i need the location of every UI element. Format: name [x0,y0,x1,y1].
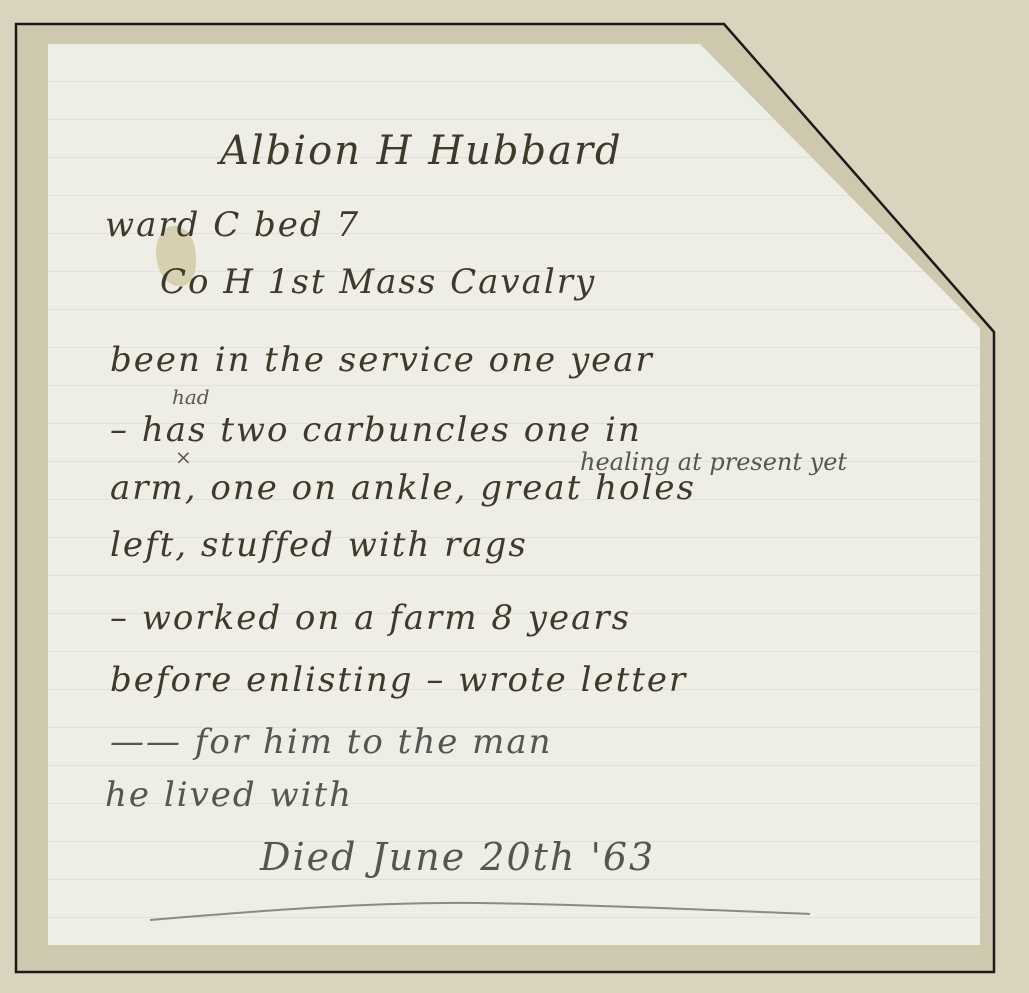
ankle-line: arm, one on ankle, great holes [110,468,696,508]
letter-line: —— for him to the man [110,722,553,762]
death-date-line: Died June 20th '63 [260,835,655,879]
service-line: been in the service one year [110,340,654,380]
ward-bed-line: ward C bed 7 [105,205,360,245]
patient-name: Albion H Hubbard [220,128,623,174]
pencil-underline [150,900,810,924]
carbuncles-line: – has two carbuncles one in [110,410,642,450]
farm-line: – worked on a farm 8 years [110,598,631,638]
enlisting-line: before enlisting – wrote letter [110,660,687,700]
insertion-had: had [172,385,210,409]
regiment-line: Co H 1st Mass Cavalry [160,262,596,302]
insertion-mark: × [175,445,192,469]
rags-line: left, stuffed with rags [110,525,528,565]
lived-with-line: he lived with [105,775,353,815]
